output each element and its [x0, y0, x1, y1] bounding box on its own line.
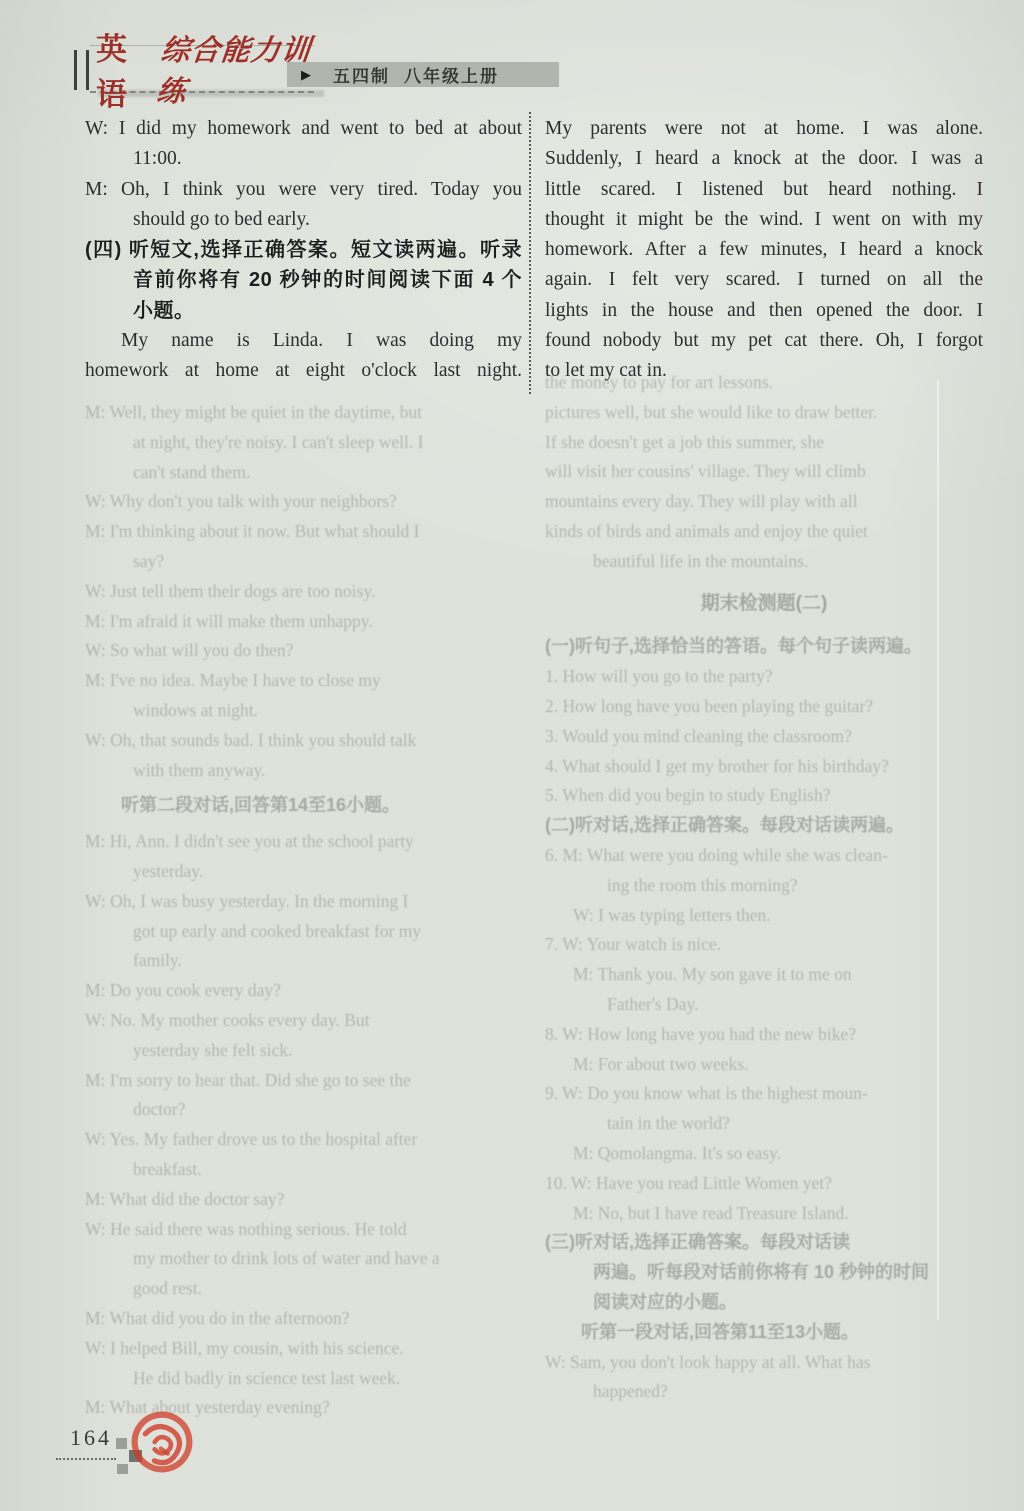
edition-band: ▶ 五四制 八年级上册: [287, 62, 559, 87]
bleedthrough-line: M: What did the doctor say?: [85, 1185, 522, 1215]
bleedthrough-line: M: Hi, Ann. I didn't see you at the scho…: [85, 827, 522, 857]
bleedthrough-line: W: Oh, I was busy yesterday. In the morn…: [85, 887, 522, 917]
bleedthrough-line: W: I helped Bill, my cousin, with his sc…: [85, 1334, 522, 1364]
bleedthrough-line: 3. Would you mind cleaning the classroom…: [545, 722, 983, 752]
transcript-line: found nobody but my pet cat there. Oh, I…: [545, 326, 983, 356]
bleedthrough-line: M: I'm afraid it will make them unhappy.: [85, 607, 522, 637]
bleedthrough-line: M: No, but I have read Treasure Island.: [545, 1199, 983, 1229]
bleedthrough-line: 听第一段对话,回答第11至13小题。: [545, 1318, 983, 1348]
transcript-line: 音前你将有 20 秒钟的时间阅读下面 4 个: [85, 265, 522, 295]
bleedthrough-line: can't stand them.: [85, 458, 522, 488]
transcript-line: thought it might be the wind. I went on …: [545, 205, 983, 235]
bleedthrough-line: say?: [85, 547, 522, 577]
transcript-left-column: W: I did my homework and went to bed at …: [85, 114, 522, 387]
bleedthrough-line: tain in the world?: [545, 1109, 983, 1139]
transcript-line: M: Oh, I think you were very tired. Toda…: [85, 175, 522, 205]
bleedthrough-line: M: I'm thinking about it now. But what s…: [85, 517, 522, 547]
bleedthrough-line: will visit her cousins' village. They wi…: [545, 457, 983, 487]
bleedthrough-line: good rest.: [85, 1274, 522, 1304]
bleedthrough-line: W: No. My mother cooks every day. But: [85, 1006, 522, 1036]
bleedthrough-line: M: What did you do in the afternoon?: [85, 1304, 522, 1334]
bleedthrough-line: with them anyway.: [85, 756, 522, 786]
transcript-line: My name is Linda. I was doing my: [85, 326, 522, 356]
transcript-line: W: I did my homework and went to bed at …: [85, 114, 522, 144]
transcript-line: should go to bed early.: [85, 205, 522, 235]
bleedthrough-line: M: Well, they might be quiet in the dayt…: [85, 398, 522, 428]
bleedthrough-line: W: Yes. My father drove us to the hospit…: [85, 1125, 522, 1155]
bleedthrough-line: W: Why don't you talk with your neighbor…: [85, 487, 522, 517]
transcript-line: again. I felt very scared. I turned on a…: [545, 265, 983, 295]
transcript-line: 小题。: [85, 296, 522, 326]
bleedthrough-line: mountains every day. They will play with…: [545, 487, 983, 517]
bleedthrough-line: 7. W: Your watch is nice.: [545, 930, 983, 960]
transcript-line: to let my cat in.: [545, 356, 983, 386]
bleedthrough-line: doctor?: [85, 1095, 522, 1125]
transcript-line: homework. After a few minutes, I heard a…: [545, 235, 983, 265]
bleedthrough-line: 两遍。听每段对话前你将有 10 秒钟的时间: [545, 1258, 983, 1288]
transcript-line: 11:00.: [85, 144, 522, 174]
transcript-line: My parents were not at home. I was alone…: [545, 114, 983, 144]
bleedthrough-line: 2. How long have you been playing the gu…: [545, 692, 983, 722]
bleedthrough-line: M: I'm sorry to hear that. Did she go to…: [85, 1066, 522, 1096]
transcript-line: (四) 听短文,选择正确答案。短文读两遍。听录: [85, 235, 522, 265]
bleedthrough-line: 8. W: How long have you had the new bike…: [545, 1020, 983, 1050]
bleedthrough-line: 9. W: Do you know what is the highest mo…: [545, 1079, 983, 1109]
footer-square-mark: [116, 1438, 127, 1449]
transcript-line: lights in the house and then opened the …: [545, 296, 983, 326]
bleedthrough-line: M: Do you cook every day?: [85, 976, 522, 1006]
red-seal-stamp: [125, 1405, 200, 1480]
book-header: 英语 综合能力训练 ▶ 五四制 八年级上册: [0, 0, 1024, 100]
bleedthrough-line: beautiful life in the mountains.: [545, 547, 983, 577]
bleedthrough-line: my mother to drink lots of water and hav…: [85, 1244, 522, 1274]
bleedthrough-line: at night, they're noisy. I can't sleep w…: [85, 428, 522, 458]
bleedthrough-line: (一)听句子,选择恰当的答语。每个句子读两遍。: [545, 632, 983, 662]
play-triangle-icon: ▶: [301, 68, 311, 81]
bleedthrough-line: breakfast.: [85, 1155, 522, 1185]
bleedthrough-line: 4. What should I get my brother for his …: [545, 752, 983, 782]
bleedthrough-line: ing the room this morning?: [545, 871, 983, 901]
bleedthrough-line: W: Sam, you don't look happy at all. Wha…: [545, 1348, 983, 1378]
bleedthrough-line: W: So what will you do then?: [85, 636, 522, 666]
book-title-box: 英语 综合能力训练: [90, 45, 314, 93]
column-divider-dotted-line: [529, 112, 531, 394]
bleedthrough-line: yesterday she felt sick.: [85, 1036, 522, 1066]
page-number: 164: [70, 1425, 112, 1451]
footer-dotted-line: [56, 1458, 116, 1460]
bleedthrough-line: yesterday.: [85, 857, 522, 887]
bleedthrough-line: 5. When did you begin to study English?: [545, 781, 983, 811]
bleedthrough-line: W: Oh, that sounds bad. I think you shou…: [85, 726, 522, 756]
bleedthrough-line: 10. W: Have you read Little Women yet?: [545, 1169, 983, 1199]
transcript-right-column: My parents were not at home. I was alone…: [545, 114, 983, 387]
bleedthrough-line: He did badly in science test last week.: [85, 1364, 522, 1394]
header-accent-bars: [74, 50, 89, 90]
bleedthrough-line: kinds of birds and animals and enjoy the…: [545, 517, 983, 547]
book-subject-title: 英语: [96, 24, 151, 114]
bleedthrough-line: family.: [85, 946, 522, 976]
bleedthrough-line: M: Thank you. My son gave it to me on: [545, 960, 983, 990]
bleedthrough-line: 听第二段对话,回答第14至16小题。: [85, 791, 522, 821]
bleedthrough-line: 6. M: What were you doing while she was …: [545, 841, 983, 871]
footer-square-mark: [117, 1464, 128, 1474]
bleedthrough-line: W: Just tell them their dogs are too noi…: [85, 577, 522, 607]
bleedthrough-line: (二)听对话,选择正确答案。每段对话读两遍。: [545, 811, 983, 841]
bleedthrough-line: got up early and cooked breakfast for my: [85, 917, 522, 947]
edition-label: 五四制: [333, 62, 390, 87]
transcript-line: little scared. I listened but heard noth…: [545, 175, 983, 205]
transcript-line: Suddenly, I heard a knock at the door. I…: [545, 144, 983, 174]
grade-label: 八年级上册: [404, 62, 499, 87]
bleedthrough-line: M: I've no idea. Maybe I have to close m…: [85, 666, 522, 696]
transcript-line: homework at home at eight o'clock last n…: [85, 356, 522, 386]
bleedthrough-line: If she doesn't get a job this summer, sh…: [545, 428, 983, 458]
bleedthrough-line: happened?: [545, 1377, 983, 1407]
bleedthrough-line: 期末检测题(二): [545, 589, 983, 619]
bleedthrough-line: 阅读对应的小题。: [545, 1288, 983, 1318]
bleedthrough-line: M: For about two weeks.: [545, 1050, 983, 1080]
bleedthrough-line: windows at night.: [85, 696, 522, 726]
bleedthrough-right-column: the money to pay for art lessons.picture…: [545, 368, 983, 1407]
bleedthrough-line: W: He said there was nothing serious. He…: [85, 1215, 522, 1245]
bleedthrough-line: Father's Day.: [545, 990, 983, 1020]
bleedthrough-line: 1. How will you go to the party?: [545, 662, 983, 692]
scanned-workbook-page: 英语 综合能力训练 ▶ 五四制 八年级上册 M: Well, they migh…: [0, 0, 1024, 1511]
scan-artifact-line: [937, 380, 939, 1320]
bleedthrough-line: (三)听对话,选择正确答案。每段对话读: [545, 1228, 983, 1258]
bleedthrough-line: M: Qomolangma. It's so easy.: [545, 1139, 983, 1169]
bleedthrough-line: pictures well, but she would like to dra…: [545, 398, 983, 428]
bleedthrough-left-column: M: Well, they might be quiet in the dayt…: [85, 398, 522, 1423]
bleedthrough-line: W: I was typing letters then.: [545, 901, 983, 931]
